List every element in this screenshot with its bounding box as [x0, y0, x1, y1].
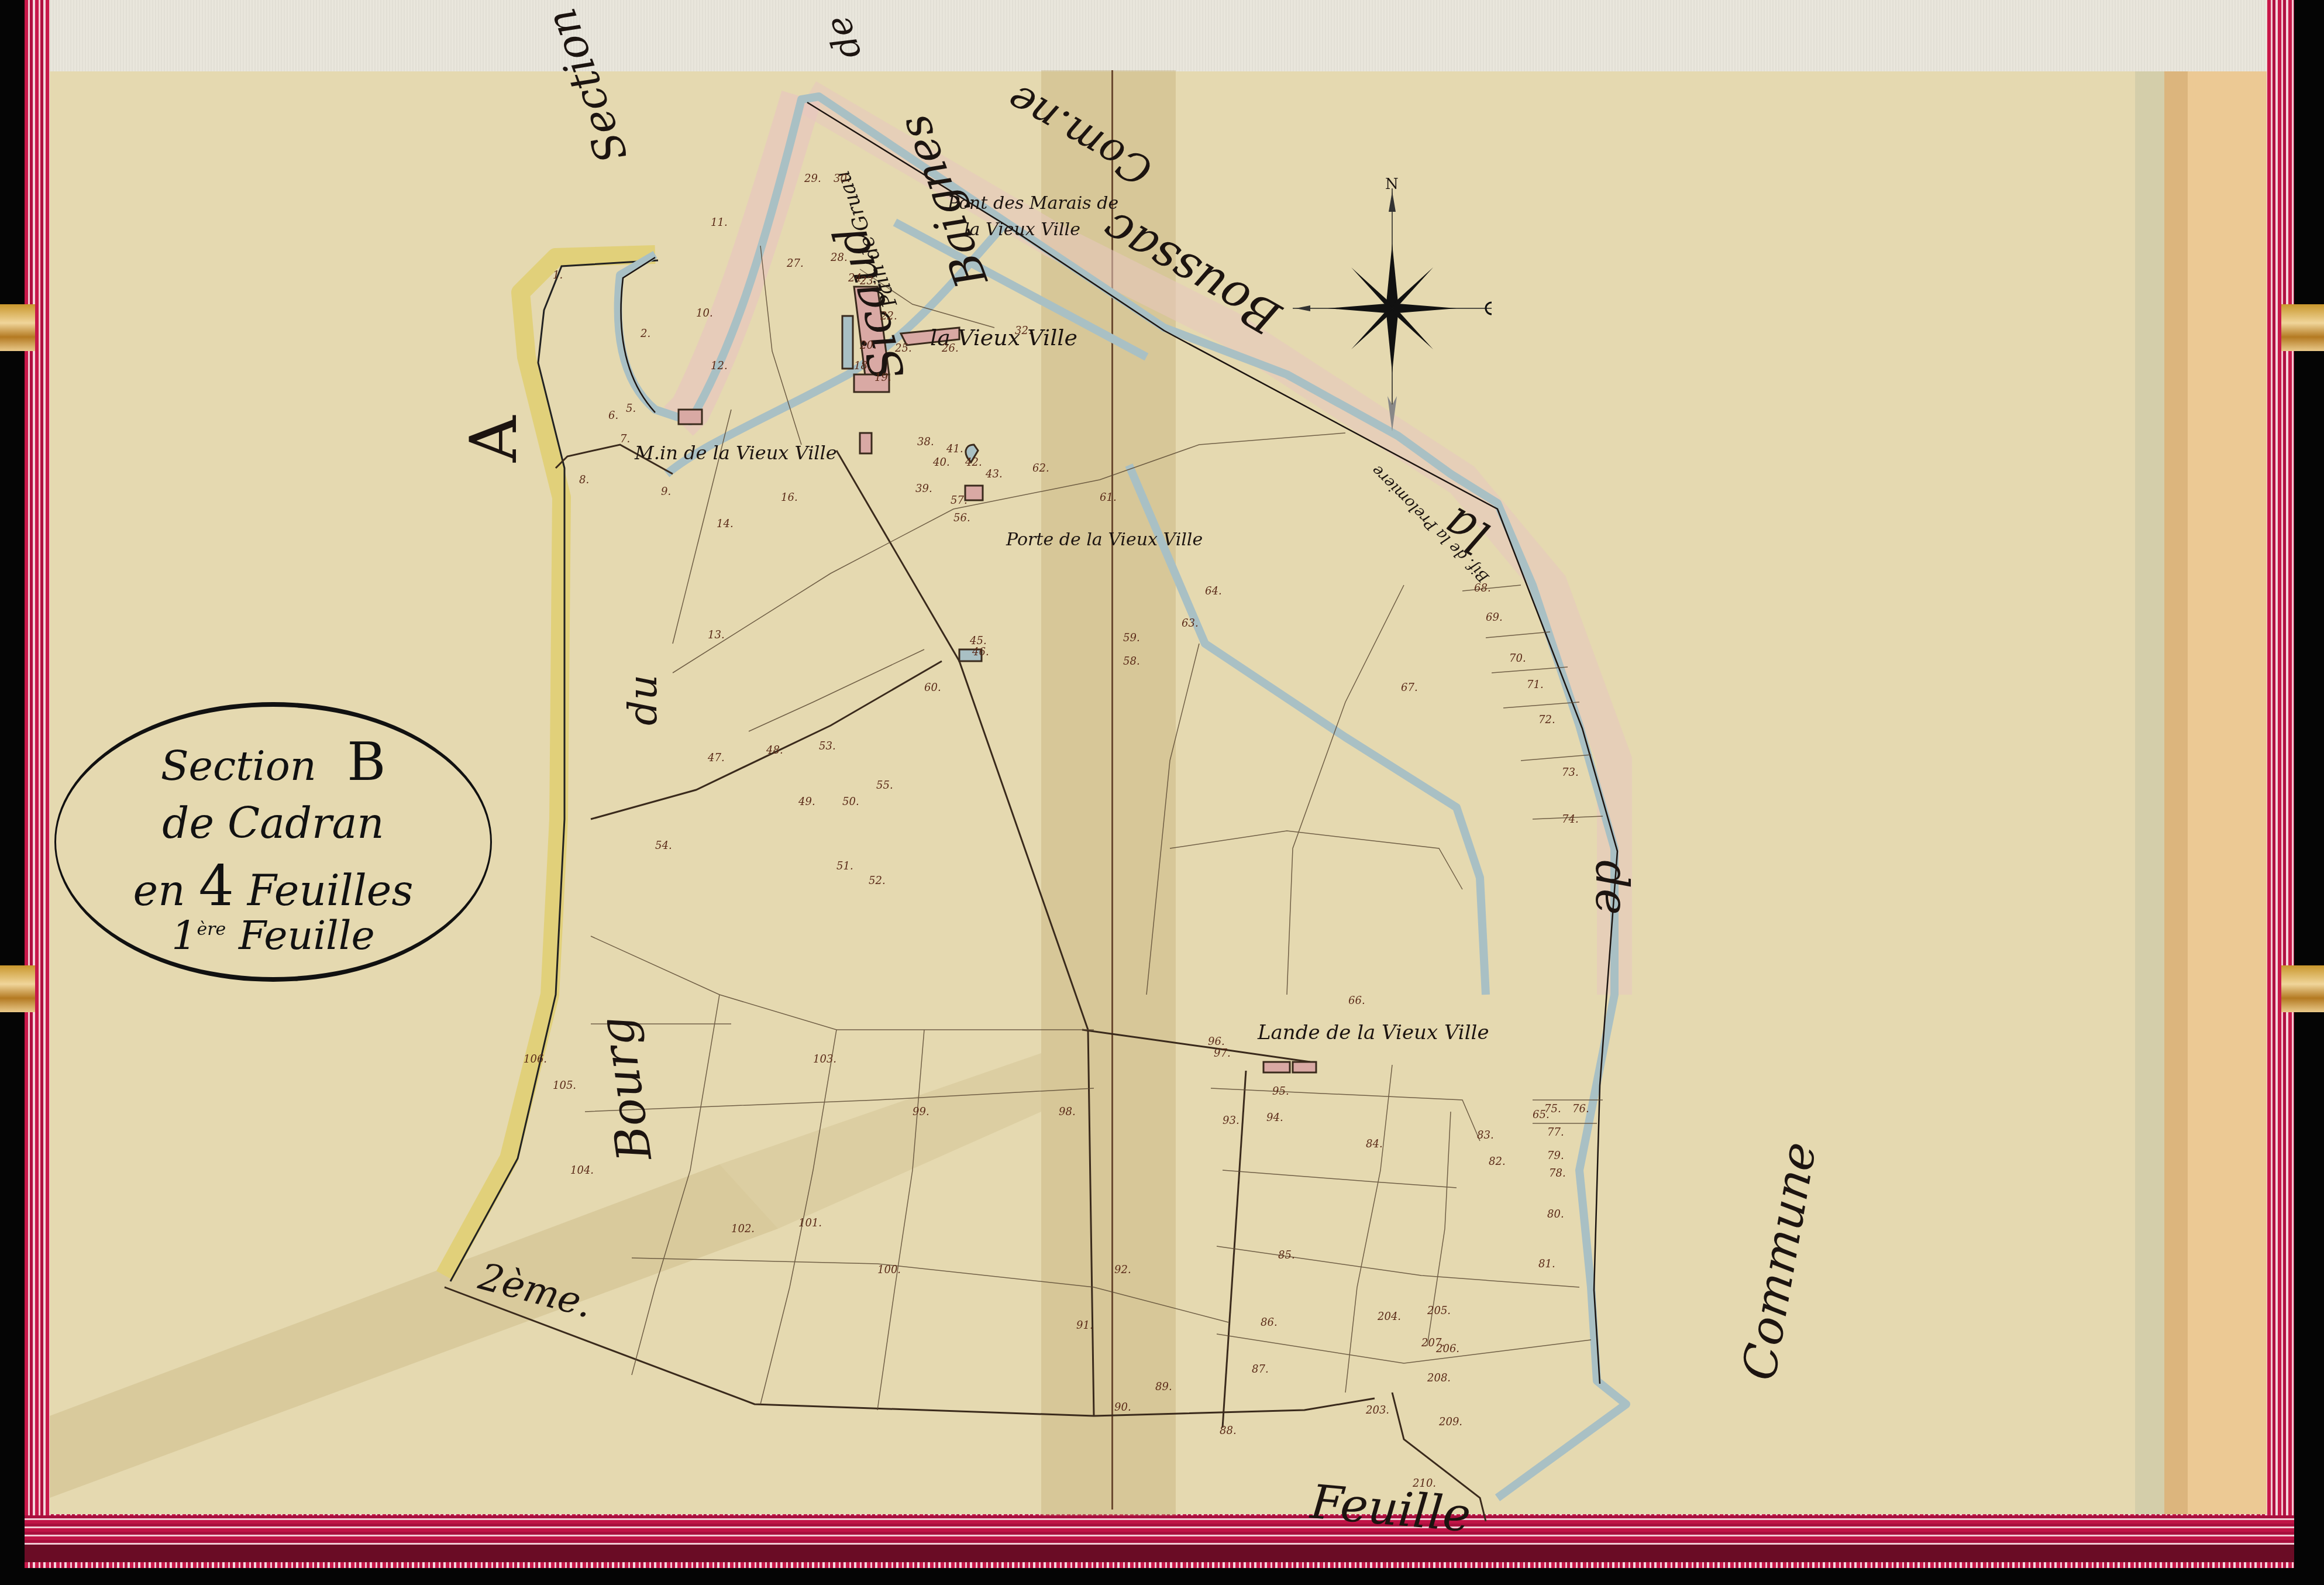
parcel-number: 27. [787, 257, 804, 270]
label-moulin-vieux-ville: M.in de la Vieux Ville [635, 442, 837, 464]
parcel-number: 54. [655, 840, 672, 852]
label-section-a-letter: A [456, 416, 531, 462]
parcel-number: 13. [708, 629, 725, 641]
cartouche-section-word: Section [161, 742, 316, 790]
parcel-number: 39. [915, 483, 932, 495]
parcel-number: 99. [913, 1106, 929, 1118]
parcel-number: 18. [854, 360, 871, 372]
parcel-number: 62. [1032, 462, 1049, 475]
parcel-number: 22. [880, 310, 897, 322]
parcel-number: 77. [1547, 1126, 1564, 1139]
parcel-number: 88. [1220, 1425, 1237, 1437]
parcel-number: 75. [1544, 1103, 1561, 1115]
cartouche-cadran: de Cadran [54, 799, 492, 848]
parcel-number: 25. [895, 342, 912, 355]
label-de-right: de [1586, 860, 1638, 915]
label-pont-vieux-ville: la Vieux Ville [964, 219, 1080, 240]
parcel-number: 105. [553, 1079, 576, 1092]
parcel-number: 8. [579, 474, 589, 486]
parcel-number: 1. [553, 269, 563, 281]
parcel-number: 95. [1272, 1085, 1289, 1098]
parcel-number: 208. [1427, 1372, 1451, 1384]
parcel-number: 14. [717, 518, 734, 530]
parcel-number: 72. [1538, 714, 1555, 726]
parcel-number: 205. [1427, 1305, 1451, 1317]
parcel-number: 84. [1366, 1138, 1383, 1150]
parcel-number: 61. [1100, 491, 1117, 504]
parcel-number: 104. [570, 1164, 594, 1177]
cartouche-section-letter: B [347, 731, 385, 793]
parcel-number: 55. [876, 779, 893, 792]
label-lande-vieux-ville: Lande de la Vieux Ville [1258, 1021, 1489, 1044]
parcel-number: 42. [965, 456, 982, 469]
parcel-number: 103. [813, 1053, 836, 1065]
parcel-number: 6. [608, 410, 618, 422]
parcel-number: 52. [869, 875, 886, 887]
parcel-number: 83. [1477, 1129, 1494, 1142]
parcel-number: 76. [1572, 1103, 1589, 1115]
buildings [679, 287, 1316, 1072]
parcel-number: 106. [524, 1053, 547, 1065]
parcel-number: 43. [986, 468, 1003, 480]
parcel-number: 48. [766, 744, 783, 757]
parcel-number: 101. [798, 1217, 822, 1229]
parcel-number: 60. [924, 682, 941, 694]
parcel-number: 70. [1509, 652, 1526, 665]
parcel-number: 86. [1261, 1316, 1278, 1329]
parcel-number: 80. [1547, 1208, 1564, 1220]
parcel-number: 59. [1123, 632, 1140, 644]
parcel-number: 51. [836, 860, 853, 872]
compass-north-label: N [1385, 176, 1399, 193]
parcel-number: 11. [711, 216, 728, 229]
parcel-number: 57. [951, 494, 968, 507]
cartouche-feuille: Feuille [239, 913, 375, 959]
parcel-number: 32. [1015, 325, 1032, 337]
label-porte-vieux-ville: Porte de la Vieux Ville [1006, 530, 1203, 550]
parcel-number: 30. [834, 173, 851, 185]
parcel-number: 16. [781, 491, 798, 504]
parcel-number: 96. [1208, 1036, 1225, 1048]
parcel-number: 207. [1421, 1337, 1445, 1349]
parcel-number: 82. [1489, 1156, 1506, 1168]
parcel-number: 74. [1562, 813, 1579, 826]
parcel-number: 20. [860, 339, 877, 352]
parcel-number: 78. [1549, 1167, 1566, 1180]
roads [445, 445, 1486, 1521]
parcel-number: 100. [877, 1264, 901, 1276]
parcel-number: 71. [1527, 679, 1544, 691]
cartouche-en: en [133, 866, 185, 915]
parcel-number: 56. [953, 512, 970, 524]
parcel-number: 9. [661, 486, 671, 498]
parcel-number: 49. [798, 796, 815, 808]
parcel-number: 92. [1114, 1264, 1131, 1276]
parcel-number: 63. [1182, 617, 1199, 630]
parcel-number: 50. [842, 796, 859, 808]
title-cartouche: Section B de Cadran en 4 Feuilles 1ère F… [54, 702, 492, 982]
parcel-number: 41. [946, 443, 963, 455]
parcel-number: 90. [1114, 1401, 1131, 1414]
cartouche-sheet-count: 4 [198, 854, 233, 919]
parcel-number: 67. [1401, 682, 1418, 694]
parcel-number: 29. [804, 173, 821, 185]
parcel-number: 64. [1205, 585, 1222, 597]
parcel-number: 81. [1538, 1258, 1555, 1270]
parcel-number: 10. [696, 307, 713, 319]
parcel-number: 68. [1474, 582, 1491, 594]
parcel-number: 210. [1413, 1477, 1436, 1490]
parcel-number: 40. [933, 456, 950, 469]
parcel-number: 97. [1214, 1047, 1231, 1060]
label-pont-des-marais: Pont des Marais de [948, 193, 1118, 214]
parcel-number: 66. [1348, 995, 1365, 1007]
parcel-number: 12. [711, 360, 728, 372]
parcel-number: 204. [1378, 1311, 1401, 1323]
parcel-number: 47. [708, 752, 725, 764]
parcel-number: 28. [831, 252, 848, 264]
parcel-number: 19. [874, 372, 891, 384]
parcel-number: 26. [942, 342, 959, 355]
parcel-number: 87. [1252, 1363, 1269, 1376]
parcel-number: 58. [1123, 655, 1140, 668]
cartouche-sheet-number: 1 [171, 913, 197, 959]
parcel-number: 45. [970, 635, 987, 647]
parcel-number: 46. [972, 646, 989, 658]
parcel-number: 89. [1155, 1381, 1172, 1393]
cartouche-feuilles: Feuilles [247, 866, 414, 915]
parcel-number: 53. [819, 740, 836, 752]
parcel-number: 73. [1562, 766, 1579, 779]
parcel-number: 7. [620, 433, 630, 445]
river-courses [618, 97, 1626, 1498]
parcel-number: 69. [1486, 611, 1503, 624]
parcel-number: 98. [1059, 1106, 1076, 1118]
parcel-number: 85. [1278, 1249, 1295, 1261]
parcel-number: 79. [1547, 1150, 1564, 1162]
parcel-number: 24. [848, 272, 865, 284]
parcel-number: 38. [917, 436, 934, 448]
parcel-number: 91. [1076, 1319, 1093, 1332]
parcel-number: 94. [1266, 1112, 1283, 1124]
cartouche-sheet-ordinal: ère [197, 919, 226, 940]
label-du: du [620, 675, 666, 726]
parcel-number: 209. [1439, 1416, 1462, 1428]
parcel-number: 102. [731, 1223, 755, 1235]
parcel-number: 203. [1366, 1404, 1389, 1416]
parcel-number: 2. [641, 328, 650, 340]
parcel-number: 5. [626, 403, 636, 415]
parcel-number: 93. [1223, 1115, 1240, 1127]
repair-tape-diagonal [50, 1164, 778, 1498]
